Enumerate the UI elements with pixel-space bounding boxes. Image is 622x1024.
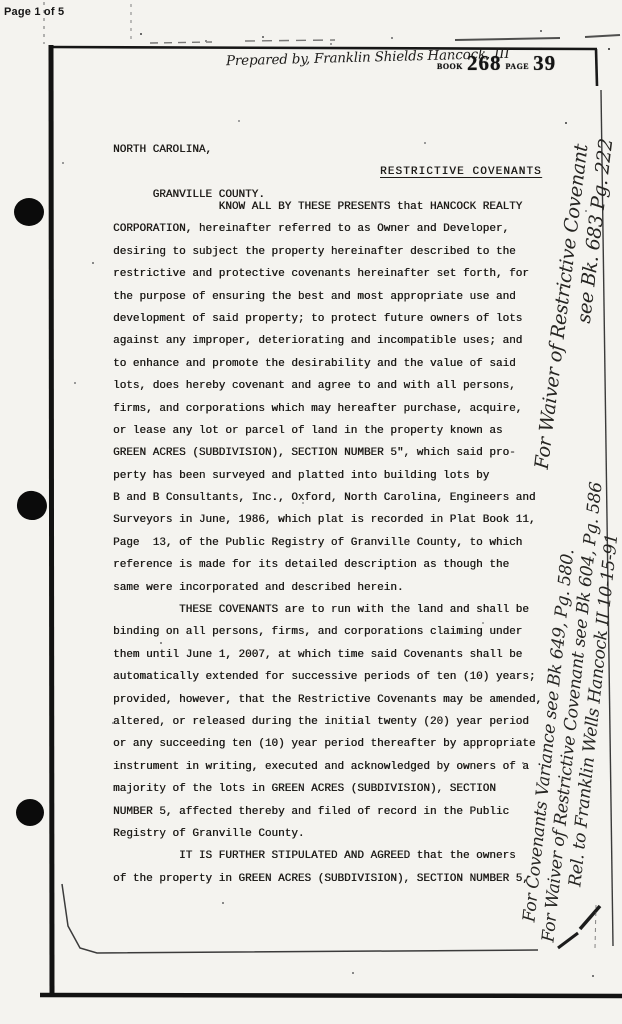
punch-hole-top [14,198,44,226]
document-body: KNOW ALL BY THESE PRESENTS that HANCOCK … [113,196,542,890]
text-line: perty has been surveyed and platted into… [113,465,542,487]
punch-hole-bottom [16,799,44,826]
text-line: the purpose of ensuring the best and mos… [113,286,542,308]
state-line: NORTH CAROLINA, [113,139,265,161]
text-line: to enhance and promote the desirability … [113,353,542,375]
book-page-stamp: BOOK 268 PAGE 39 [437,51,556,76]
text-line: them until June 1, 2007, at which time s… [113,644,542,666]
margin-note-waiver-683: For Waiver of Restrictive Covenantsee Bk… [530,71,622,474]
text-line: against any improper, deteriorating and … [113,330,542,352]
page-word-label: PAGE [506,62,530,71]
punch-hole-middle [15,489,49,522]
text-line: development of said property; to protect… [113,308,542,330]
text-line: reference is made for its detailed descr… [113,554,542,576]
scanned-document-page: Page 1 of 5 Prepared by, Franklin Shield… [0,0,622,1024]
text-line: Registry of Granville County. [113,823,542,845]
book-number: 268 [467,51,502,76]
scan-noise-specks [0,0,2,2]
text-line: or lease any lot or parcel of land in th… [113,420,542,442]
text-line: IT IS FURTHER STIPULATED AND AGREED that… [113,845,542,867]
text-line: CORPORATION, hereinafter referred to as … [113,218,542,240]
text-line: restrictive and protective covenants her… [113,263,542,285]
text-line: binding on all persons, firms, and corpo… [113,621,542,643]
text-line: lots, does hereby covenant and agree to … [113,375,542,397]
book-word-label: BOOK [437,62,463,71]
text-line: firms, and corporations which may hereaf… [113,398,542,420]
text-line: altered, or released during the initial … [113,711,542,733]
text-line: KNOW ALL BY THESE PRESENTS that HANCOCK … [113,196,542,218]
paragraph-3: IT IS FURTHER STIPULATED AND AGREED that… [113,845,542,890]
paragraph-1: KNOW ALL BY THESE PRESENTS that HANCOCK … [113,196,542,599]
text-line: THESE COVENANTS are to run with the land… [113,599,542,621]
paragraph-2: THESE COVENANTS are to run with the land… [113,599,542,845]
text-line: NUMBER 5, affected thereby and filed of … [113,801,542,823]
text-line: GREEN ACRES (SUBDIVISION), SECTION NUMBE… [113,442,542,464]
text-line: Page 13, of the Public Registry of Granv… [113,532,542,554]
county-line-row: GRANVILLE COUNTY. RESTRICTIVE COVENANTS [113,161,265,183]
text-line: same were incorporated and described her… [113,577,542,599]
page-counter: Page 1 of 5 [4,5,64,19]
text-line: provided, however, that the Restrictive … [113,689,542,711]
text-line: majority of the lots in GREEN ACRES (SUB… [113,778,542,800]
page-number: 39 [533,51,556,76]
text-line: B and B Consultants, Inc., Oxford, North… [113,487,542,509]
document-title: RESTRICTIVE COVENANTS [380,161,542,183]
text-line: or any succeeding ten (10) year period t… [113,733,542,755]
text-line: desiring to subject the property hereina… [113,241,542,263]
text-line: of the property in GREEN ACRES (SUBDIVIS… [113,868,542,890]
document-caption: NORTH CAROLINA, GRANVILLE COUNTY. RESTRI… [113,139,265,184]
text-line: Surveyors in June, 1986, which plat is r… [113,509,542,531]
text-line: automatically extended for successive pe… [113,666,542,688]
text-line: instrument in writing, executed and ackn… [113,756,542,778]
